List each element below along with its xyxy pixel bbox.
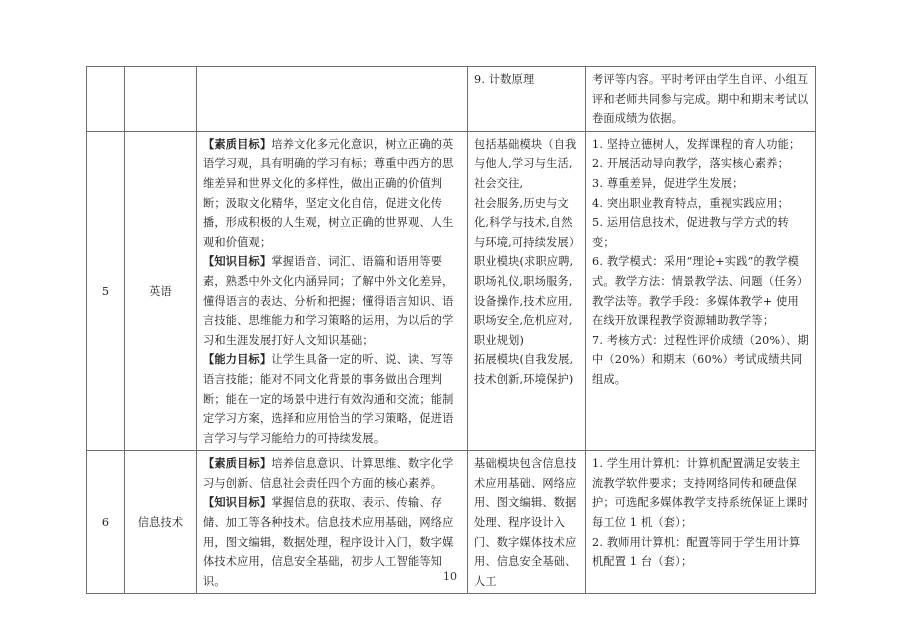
objectives-cell [197, 67, 468, 132]
table-row: 5 英语 【素质目标】培养文化多元化意识，树立正确的英语学习观，具有明确的学习有… [87, 131, 816, 451]
objectives-cell: 【素质目标】培养文化多元化意识，树立正确的英语学习观，具有明确的学习有标；尊重中… [197, 131, 468, 451]
content-item: 9. 计数原理 [474, 70, 579, 90]
requirement-item: 6. 教学模式：采用“理论+实践”的教学模式。教学方法：情景教学法、问题（任务）… [592, 252, 809, 330]
requirement-item: 3. 尊重差异，促进学生发展； [592, 174, 809, 194]
objective-text: 培养文化多元化意识，树立正确的英语学习观，具有明确的学习有标；尊重中西方的思维差… [203, 138, 454, 249]
requirement-item: 1. 学生用计算机：计算机配置满足安装主流教学软件要求；支持网络同传和硬盘保护；… [592, 454, 809, 532]
content-item: 拓展模块(自我发展,技术创新,环境保护) [474, 350, 579, 389]
requirement-item: 7. 考核方式：过程性评价成绩（20%）、期中（20%）和期末（60%）考试成绩… [592, 331, 809, 390]
objective-ability: 【能力目标】让学生具备一定的听、说、读、写等语言技能；能对不同文化背景的事务做出… [203, 350, 461, 448]
document-page: 9. 计数原理 考评等内容。平时考评由学生自评、小组互评和老师共同参与完成。期中… [0, 0, 900, 636]
objective-label: 【素质目标】 [203, 457, 271, 470]
content-cell: 9. 计数原理 [468, 67, 586, 132]
page-number: 10 [0, 570, 900, 583]
requirement-item: 1. 坚持立德树人，发挥课程的育人功能； [592, 135, 809, 155]
content-item: 包括基础模块（自我与他人,学习与生活,社会交往, [474, 135, 579, 194]
objective-quality: 【素质目标】培养文化多元化意识，树立正确的英语学习观，具有明确的学习有标；尊重中… [203, 135, 461, 253]
requirement-item: 考评等内容。平时考评由学生自评、小组互评和老师共同参与完成。期中和期末考试以卷面… [592, 70, 809, 129]
course-index-cell: 5 [87, 131, 125, 451]
content-item: 社会服务,历史与文化,科学与技术,自然与环境,可持续发展） [474, 194, 579, 253]
course-table: 9. 计数原理 考评等内容。平时考评由学生自评、小组互评和老师共同参与完成。期中… [86, 66, 816, 594]
course-name-cell: 英语 [125, 131, 197, 451]
objective-knowledge: 【知识目标】掌握语音、词汇、语篇和语用等要素，熟悉中外文化内涵异同；了解中外文化… [203, 252, 461, 350]
requirement-item: 2. 开展活动导向教学，落实核心素养； [592, 154, 809, 174]
course-index-cell [87, 67, 125, 132]
course-name-cell [125, 67, 197, 132]
objective-label: 【知识目标】 [203, 496, 271, 509]
objective-text: 让学生具备一定的听、说、读、写等语言技能；能对不同文化背景的事务做出合理判断；能… [203, 353, 454, 444]
requirement-item: 2. 教师用计算机：配置等同于学生用计算机配置 1 台（套）； [592, 533, 809, 572]
objective-text: 掌握语音、词汇、语篇和语用等要素，熟悉中外文化内涵异同；了解中外文化差异，懂得语… [203, 255, 454, 346]
content-cell: 包括基础模块（自我与他人,学习与生活,社会交往, 社会服务,历史与文化,科学与技… [468, 131, 586, 451]
requirement-item: 4. 突出职业教育特点，重视实践应用； [592, 194, 809, 214]
objective-label: 【能力目标】 [203, 353, 271, 366]
requirements-cell: 考评等内容。平时考评由学生自评、小组互评和老师共同参与完成。期中和期末考试以卷面… [586, 67, 816, 132]
requirements-cell: 1. 坚持立德树人，发挥课程的育人功能； 2. 开展活动导向教学，落实核心素养；… [586, 131, 816, 451]
objective-quality: 【素质目标】培养信息意识、计算思维、数字化学习与创新、信息社会责任四个方面的核心… [203, 454, 461, 493]
table-row: 9. 计数原理 考评等内容。平时考评由学生自评、小组互评和老师共同参与完成。期中… [87, 67, 816, 132]
objective-label: 【知识目标】 [203, 255, 271, 268]
content-item: 职业模块(求职应聘,职场礼仪,职场服务,设备操作,技术应用,职场安全,危机应对,… [474, 252, 579, 350]
requirement-item: 5. 运用信息技术，促进教与学方式的转变； [592, 213, 809, 252]
objective-label: 【素质目标】 [203, 138, 271, 151]
